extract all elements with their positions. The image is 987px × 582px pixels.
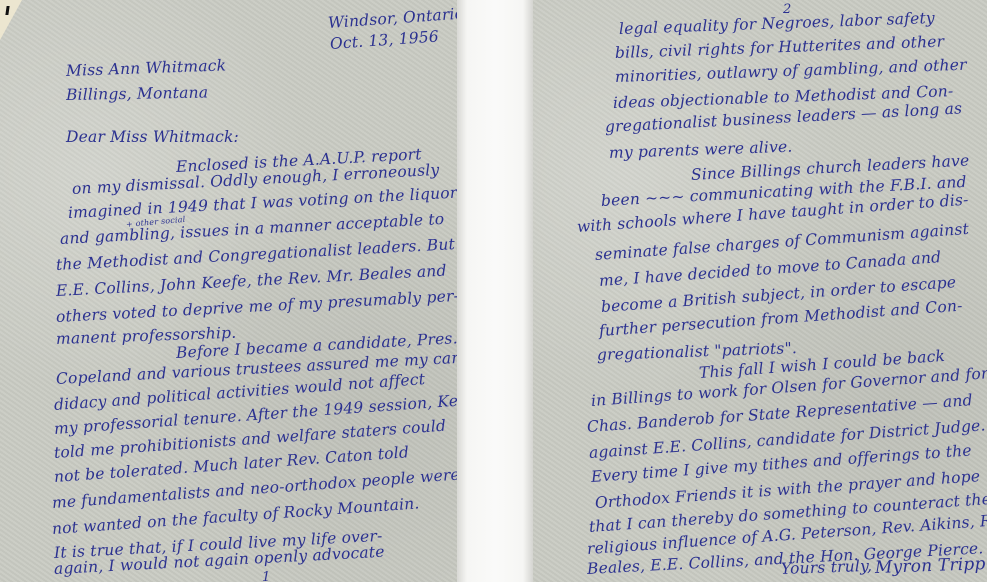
letter-page-1: Windsor, Ontario Oct. 13, 1956 Miss Ann … — [0, 0, 457, 582]
letter-page-2: 2 legal equality for Negroes, labor safe… — [533, 0, 987, 582]
folded-corner — [0, 0, 22, 40]
recipient-name: Miss Ann Whitmack — [66, 56, 227, 80]
body-line: minorities, outlawry of gambling, and ot… — [615, 56, 967, 86]
signature: Myron Tripp — [875, 554, 986, 578]
closing: Yours truly, — [781, 557, 873, 578]
salutation: Dear Miss Whitmack: — [66, 128, 239, 146]
letter-date: Oct. 13, 1956 — [329, 27, 439, 53]
page-gutter — [457, 0, 533, 582]
body-line: my parents were alive. — [609, 138, 793, 162]
recipient-city: Billings, Montana — [66, 84, 209, 104]
page-footer-mark: 1 — [262, 570, 270, 582]
